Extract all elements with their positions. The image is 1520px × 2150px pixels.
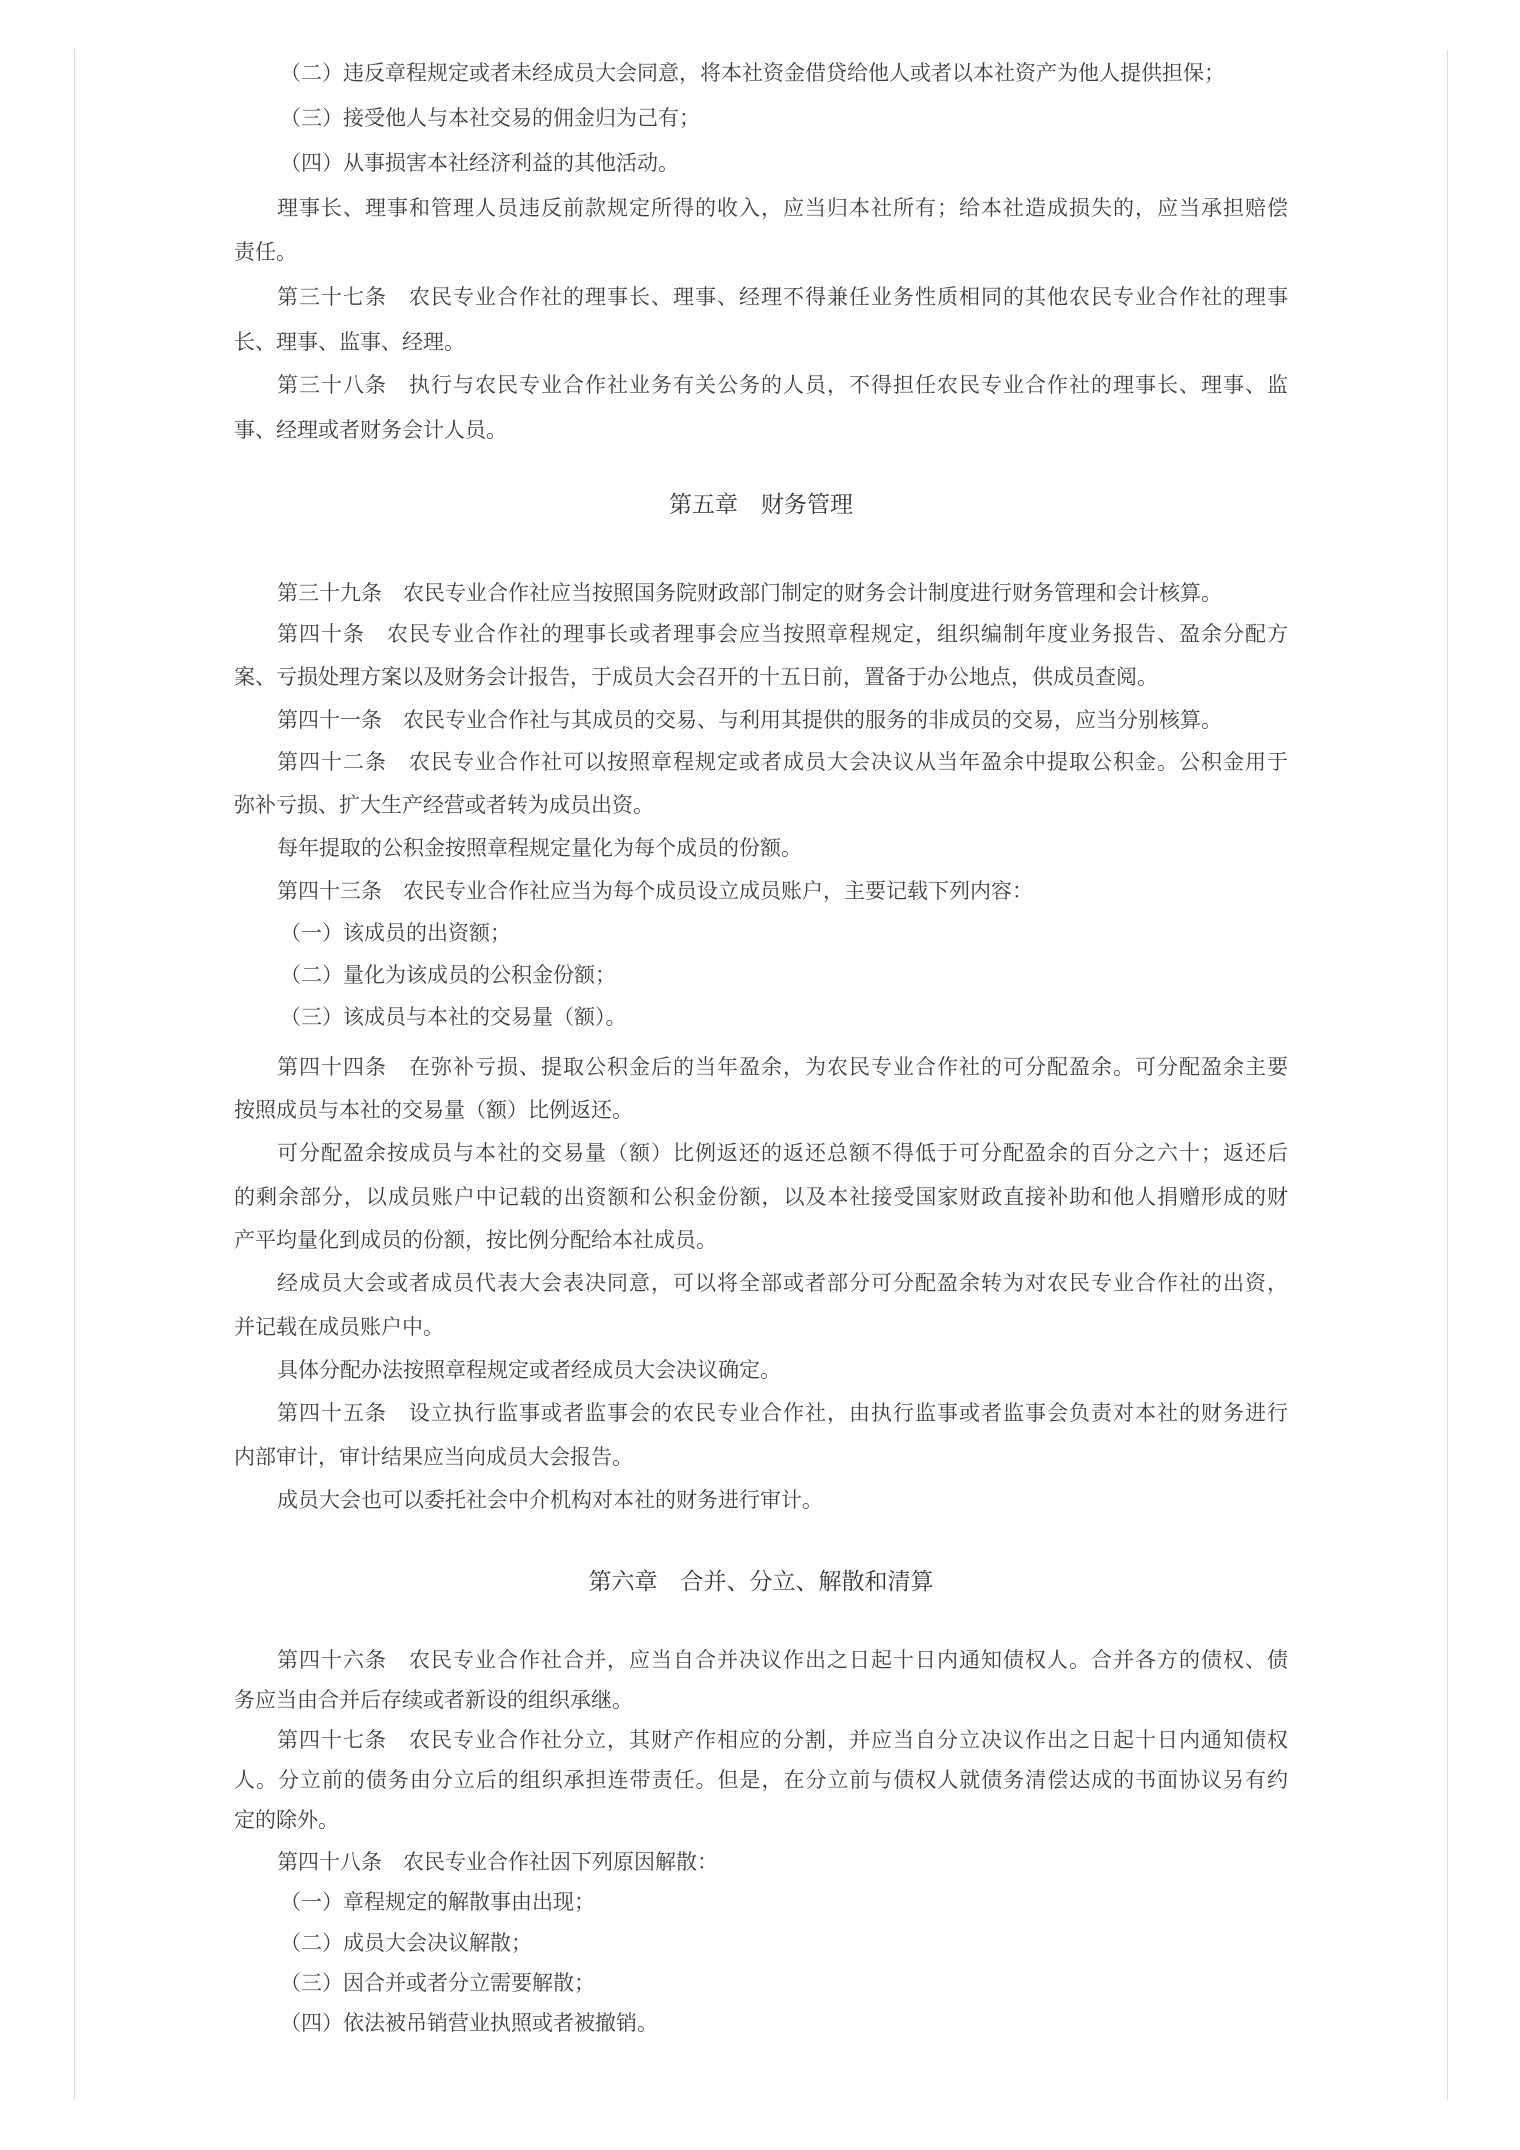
text-line: 具体分配办法按照章程规定或者经成员大会决议确定。 <box>277 1355 1288 1385</box>
text-line: 第三十八条 执行与农民专业合作社业务有关公务的人员，不得担任农民专业合作社的理事… <box>277 370 1288 400</box>
text-line: （三）因合并或者分立需要解散； <box>280 1968 1288 1998</box>
text-line: （一）该成员的出资额； <box>280 918 1288 948</box>
text-line: 按照成员与本社的交易量（额）比例返还。 <box>234 1095 1288 1125</box>
text-line: （三）接受他人与本社交易的佣金归为己有； <box>280 103 1288 133</box>
text-line: 第四十五条 设立执行监事或者监事会的农民专业合作社，由执行监事或者监事会负责对本… <box>277 1398 1288 1428</box>
text-line: 第四十八条 农民专业合作社因下列原因解散： <box>277 1847 1288 1877</box>
text-line: 人。分立前的债务由分立后的组织承担连带责任。但是，在分立前与债权人就债务清偿达成… <box>234 1765 1288 1795</box>
text-line: 第四十七条 农民专业合作社分立，其财产作相应的分割，并应当自分立决议作出之日起十… <box>277 1725 1288 1755</box>
text-line: （一）章程规定的解散事由出现； <box>280 1887 1288 1917</box>
text-line: 第四十条 农民专业合作社的理事长或者理事会应当按照章程规定，组织编制年度业务报告… <box>277 619 1288 649</box>
text-line: 案、亏损处理方案以及财务会计报告，于成员大会召开的十五日前，置备于办公地点，供成… <box>234 662 1288 692</box>
text-line: 事、经理或者财务会计人员。 <box>234 415 1288 445</box>
text-line: （四）从事损害本社经济利益的其他活动。 <box>280 148 1288 178</box>
text-line: 责任。 <box>234 237 1288 267</box>
text-line: 第四十一条 农民专业合作社与其成员的交易、与利用其提供的服务的非成员的交易，应当… <box>277 705 1288 735</box>
text-line: 长、理事、监事、经理。 <box>234 327 1288 357</box>
chapter-heading-6: 第六章 合并、分立、解散和清算 <box>234 1565 1288 1599</box>
text-line: 弥补亏损、扩大生产经营或者转为成员出资。 <box>234 790 1288 820</box>
text-line: 可分配盈余按成员与本社的交易量（额）比例返还的返还总额不得低于可分配盈余的百分之… <box>277 1138 1288 1168</box>
text-line: （二）成员大会决议解散； <box>280 1928 1288 1958</box>
text-line: 内部审计，审计结果应当向成员大会报告。 <box>234 1442 1288 1472</box>
text-line: （三）该成员与本社的交易量（额）。 <box>280 1002 1288 1032</box>
text-line: （四）依法被吊销营业执照或者被撤销。 <box>280 2008 1288 2038</box>
text-line: 第四十四条 在弥补亏损、提取公积金后的当年盈余，为农民专业合作社的可分配盈余。可… <box>277 1052 1288 1082</box>
text-line: 并记载在成员账户中。 <box>234 1312 1288 1342</box>
text-line: 定的除外。 <box>234 1805 1288 1835</box>
text-line: 第四十三条 农民专业合作社应当为每个成员设立成员账户，主要记载下列内容： <box>277 876 1288 906</box>
text-line: 第三十九条 农民专业合作社应当按照国务院财政部门制定的财务会计制度进行财务管理和… <box>277 578 1288 608</box>
text-line: 第四十六条 农民专业合作社合并，应当自合并决议作出之日起十日内通知债权人。合并各… <box>277 1645 1288 1675</box>
text-line: 的剩余部分，以成员账户中记载的出资额和公积金份额，以及本社接受国家财政直接补助和… <box>234 1182 1288 1212</box>
text-line: 务应当由合并后存续或者新设的组织承继。 <box>234 1685 1288 1715</box>
chapter-heading-5: 第五章 财务管理 <box>234 488 1288 522</box>
text-line: 理事长、理事和管理人员违反前款规定所得的收入，应当归本社所有；给本社造成损失的，… <box>277 193 1288 223</box>
text-line: （二）违反章程规定或者未经成员大会同意，将本社资金借贷给他人或者以本社资产为他人… <box>280 58 1288 88</box>
text-line: 每年提取的公积金按照章程规定量化为每个成员的份额。 <box>277 833 1288 863</box>
text-line: 第四十二条 农民专业合作社可以按照章程规定或者成员大会决议从当年盈余中提取公积金… <box>277 747 1288 777</box>
text-line: （二）量化为该成员的公积金份额； <box>280 960 1288 990</box>
text-line: 产平均量化到成员的份额，按比例分配给本社成员。 <box>234 1225 1288 1255</box>
text-line: 经成员大会或者成员代表大会表决同意，可以将全部或者部分可分配盈余转为对农民专业合… <box>277 1268 1288 1298</box>
text-line: 成员大会也可以委托社会中介机构对本社的财务进行审计。 <box>277 1485 1288 1515</box>
text-line: 第三十七条 农民专业合作社的理事长、理事、经理不得兼任业务性质相同的其他农民专业… <box>277 282 1288 312</box>
